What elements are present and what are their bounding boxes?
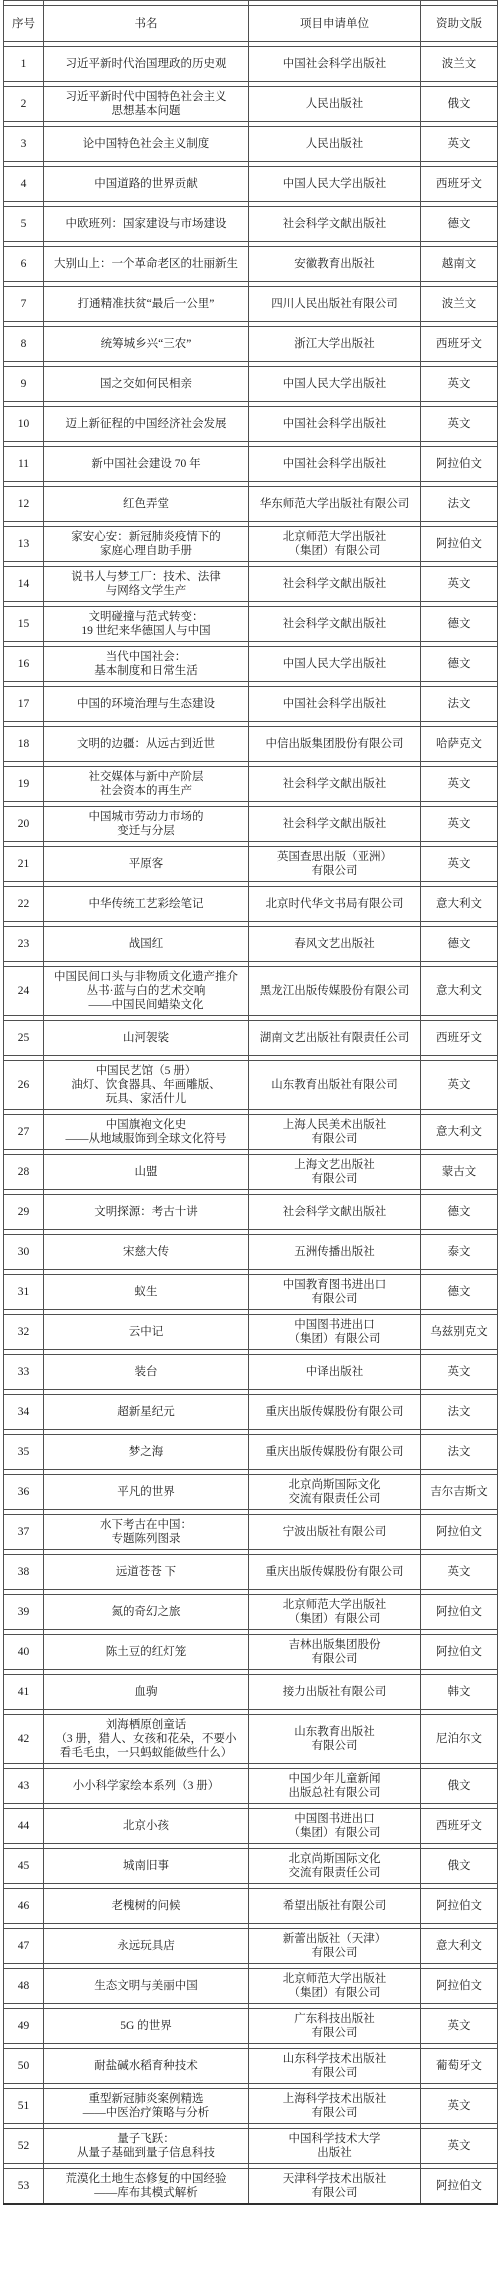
cell-book-title: 家安心安：新冠肺炎疫情下的 家庭心理自助手册 xyxy=(44,527,249,562)
cell-publisher: 社会科学文献出版社 xyxy=(249,1195,421,1230)
cell-publisher: 重庆出版传媒股份有限公司 xyxy=(249,1395,421,1430)
cell-book-title: 城南旧事 xyxy=(44,1849,249,1884)
cell-index: 18 xyxy=(4,727,44,762)
cell-language: 意大利文 xyxy=(421,1929,498,1964)
cell-publisher: 中国图书进出口 （集团）有限公司 xyxy=(249,1809,421,1844)
cell-index: 7 xyxy=(4,287,44,322)
cell-index: 32 xyxy=(4,1315,44,1350)
cell-language: 英文 xyxy=(421,1061,498,1110)
cell-book-title: 中国民艺馆（5 册） 油灯、饮食器具、年画雕版、 玩具、家活什儿 xyxy=(44,1061,249,1110)
cell-publisher: 中国人民大学出版社 xyxy=(249,367,421,402)
cell-language: 西班牙文 xyxy=(421,1809,498,1844)
table-row: 16当代中国社会： 基本制度和日常生活中国人民大学出版社德文 xyxy=(4,647,498,682)
table-row: 32云中记中国图书进出口 （集团）有限公司乌兹别克文 xyxy=(4,1315,498,1350)
table-row: 27中国旗袍文化史 ——从地域服饰到全球文化符号上海人民美术出版社 有限公司意大… xyxy=(4,1115,498,1150)
cell-language: 阿拉伯文 xyxy=(421,1515,498,1550)
table-row: 50耐盐碱水稻育种技术山东科学技术出版社 有限公司葡萄牙文 xyxy=(4,2049,498,2084)
cell-language: 波兰文 xyxy=(421,287,498,322)
cell-book-title: 中国旗袍文化史 ——从地域服饰到全球文化符号 xyxy=(44,1115,249,1150)
cell-book-title: 氮的奇幻之旅 xyxy=(44,1595,249,1630)
cell-language: 英文 xyxy=(421,1355,498,1390)
cell-index: 35 xyxy=(4,1435,44,1470)
cell-index: 52 xyxy=(4,2129,44,2164)
cell-index: 12 xyxy=(4,487,44,522)
cell-index: 25 xyxy=(4,1021,44,1056)
cell-book-title: 山盟 xyxy=(44,1155,249,1190)
cell-language: 阿拉伯文 xyxy=(421,2169,498,2205)
cell-publisher: 中国社会科学出版社 xyxy=(249,47,421,82)
cell-language: 英文 xyxy=(421,127,498,162)
cell-index: 26 xyxy=(4,1061,44,1110)
cell-index: 41 xyxy=(4,1675,44,1710)
table-row: 38远道苍苍 下重庆出版传媒股份有限公司英文 xyxy=(4,1555,498,1590)
cell-publisher: 中国社会科学出版社 xyxy=(249,447,421,482)
cell-language: 英文 xyxy=(421,847,498,882)
cell-publisher: 中信出版集团股份有限公司 xyxy=(249,727,421,762)
cell-index: 2 xyxy=(4,87,44,122)
cell-index: 53 xyxy=(4,2169,44,2205)
table-row: 52量子飞跃： 从量子基础到量子信息科技中国科学技术大学 出版社英文 xyxy=(4,2129,498,2164)
cell-index: 29 xyxy=(4,1195,44,1230)
cell-publisher: 中国图书进出口 （集团）有限公司 xyxy=(249,1315,421,1350)
cell-language: 西班牙文 xyxy=(421,167,498,202)
cell-index: 27 xyxy=(4,1115,44,1150)
cell-book-title: 装台 xyxy=(44,1355,249,1390)
cell-index: 47 xyxy=(4,1929,44,1964)
cell-language: 哈萨克文 xyxy=(421,727,498,762)
table-row: 17中国的环境治理与生态建设中国社会科学出版社法文 xyxy=(4,687,498,722)
cell-publisher: 人民出版社 xyxy=(249,87,421,122)
cell-book-title: 习近平新时代治国理政的历史观 xyxy=(44,47,249,82)
cell-index: 20 xyxy=(4,807,44,842)
cell-language: 德文 xyxy=(421,1195,498,1230)
table-row: 9国之交如何民相亲中国人民大学出版社英文 xyxy=(4,367,498,402)
cell-book-title: 刘海栖原创童话 （3 册，猎人、女孩和花朵，不要小 看毛毛虫，一只蚂蚁能做些什么… xyxy=(44,1715,249,1764)
cell-publisher: 五洲传播出版社 xyxy=(249,1235,421,1270)
table-row: 22中华传统工艺彩绘笔记北京时代华文书局有限公司意大利文 xyxy=(4,887,498,922)
cell-language: 意大利文 xyxy=(421,1115,498,1150)
table-row: 30宋慈大传五洲传播出版社泰文 xyxy=(4,1235,498,1270)
cell-index: 44 xyxy=(4,1809,44,1844)
cell-publisher: 山东科学技术出版社 有限公司 xyxy=(249,2049,421,2084)
cell-publisher: 天津科学技术出版社 有限公司 xyxy=(249,2169,421,2205)
cell-language: 泰文 xyxy=(421,1235,498,1270)
table-row: 21平原客英国查思出版（亚洲） 有限公司英文 xyxy=(4,847,498,882)
cell-book-title: 大别山上：一个革命老区的壮丽新生 xyxy=(44,247,249,282)
cell-book-title: 量子飞跃： 从量子基础到量子信息科技 xyxy=(44,2129,249,2164)
cell-index: 30 xyxy=(4,1235,44,1270)
cell-book-title: 梦之海 xyxy=(44,1435,249,1470)
cell-publisher: 接力出版社有限公司 xyxy=(249,1675,421,1710)
cell-publisher: 广东科技出版社 有限公司 xyxy=(249,2009,421,2044)
cell-publisher: 北京尚斯国际文化 交流有限责任公司 xyxy=(249,1849,421,1884)
cell-book-title: 5G 的世界 xyxy=(44,2009,249,2044)
cell-language: 法文 xyxy=(421,687,498,722)
cell-book-title: 说书人与梦工厂：技术、法律 与网络文学生产 xyxy=(44,567,249,602)
cell-book-title: 统筹城乡兴“三农” xyxy=(44,327,249,362)
cell-language: 波兰文 xyxy=(421,47,498,82)
cell-publisher: 湖南文艺出版社有限责任公司 xyxy=(249,1021,421,1056)
table-row: 15文明碰撞与范式转变： 19 世纪来华德国人与中国社会科学文献出版社德文 xyxy=(4,607,498,642)
cell-book-title: 平凡的世界 xyxy=(44,1475,249,1510)
cell-language: 阿拉伯文 xyxy=(421,1969,498,2004)
table-row: 11新中国社会建设 70 年中国社会科学出版社阿拉伯文 xyxy=(4,447,498,482)
cell-language: 越南文 xyxy=(421,247,498,282)
cell-publisher: 北京师范大学出版社 （集团）有限公司 xyxy=(249,1595,421,1630)
cell-index: 43 xyxy=(4,1769,44,1804)
table-row: 40陈土豆的红灯笼吉林出版集团股份 有限公司阿拉伯文 xyxy=(4,1635,498,1670)
cell-index: 10 xyxy=(4,407,44,442)
cell-book-title: 宋慈大传 xyxy=(44,1235,249,1270)
cell-language: 英文 xyxy=(421,767,498,802)
table-row: 44北京小孩中国图书进出口 （集团）有限公司西班牙文 xyxy=(4,1809,498,1844)
cell-publisher: 中国少年儿童新闻 出版总社有限公司 xyxy=(249,1769,421,1804)
cell-index: 36 xyxy=(4,1475,44,1510)
cell-language: 阿拉伯文 xyxy=(421,1595,498,1630)
cell-publisher: 中国人民大学出版社 xyxy=(249,167,421,202)
cell-book-title: 生态文明与美丽中国 xyxy=(44,1969,249,2004)
cell-publisher: 新蕾出版社（天津） 有限公司 xyxy=(249,1929,421,1964)
col-header-publisher: 项目申请单位 xyxy=(249,6,421,42)
cell-index: 50 xyxy=(4,2049,44,2084)
cell-language: 德文 xyxy=(421,927,498,962)
cell-language: 英文 xyxy=(421,807,498,842)
cell-publisher: 吉林出版集团股份 有限公司 xyxy=(249,1635,421,1670)
table-row: 14说书人与梦工厂：技术、法律 与网络文学生产社会科学文献出版社英文 xyxy=(4,567,498,602)
cell-publisher: 社会科学文献出版社 xyxy=(249,807,421,842)
cell-publisher: 重庆出版传媒股份有限公司 xyxy=(249,1435,421,1470)
table-header-row: 序号 书名 项目申请单位 资助文版 xyxy=(4,6,498,42)
cell-language: 法文 xyxy=(421,1435,498,1470)
table-row: 43小小科学家绘本系列（3 册）中国少年儿童新闻 出版总社有限公司俄文 xyxy=(4,1769,498,1804)
cell-index: 14 xyxy=(4,567,44,602)
cell-book-title: 打通精准扶贫“最后一公里” xyxy=(44,287,249,322)
table-row: 47永远玩具店新蕾出版社（天津） 有限公司意大利文 xyxy=(4,1929,498,1964)
table-row: 4中国道路的世界贡献中国人民大学出版社西班牙文 xyxy=(4,167,498,202)
cell-publisher: 北京师范大学出版社 （集团）有限公司 xyxy=(249,1969,421,2004)
cell-index: 31 xyxy=(4,1275,44,1310)
table-row: 25山河袈裟湖南文艺出版社有限责任公司西班牙文 xyxy=(4,1021,498,1056)
cell-publisher: 华东师范大学出版社有限公司 xyxy=(249,487,421,522)
cell-publisher: 希望出版社有限公司 xyxy=(249,1889,421,1924)
cell-index: 39 xyxy=(4,1595,44,1630)
cell-index: 23 xyxy=(4,927,44,962)
table-row: 46老槐树的问候希望出版社有限公司阿拉伯文 xyxy=(4,1889,498,1924)
cell-publisher: 中国人民大学出版社 xyxy=(249,647,421,682)
table-row: 20中国城市劳动力市场的 变迁与分层社会科学文献出版社英文 xyxy=(4,807,498,842)
cell-publisher: 中国社会科学出版社 xyxy=(249,407,421,442)
cell-index: 16 xyxy=(4,647,44,682)
cell-book-title: 永远玩具店 xyxy=(44,1929,249,1964)
col-header-language: 资助文版 xyxy=(421,6,498,42)
table-row: 45城南旧事北京尚斯国际文化 交流有限责任公司俄文 xyxy=(4,1849,498,1884)
table-row: 35梦之海重庆出版传媒股份有限公司法文 xyxy=(4,1435,498,1470)
cell-publisher: 北京时代华文书局有限公司 xyxy=(249,887,421,922)
cell-language: 英文 xyxy=(421,2009,498,2044)
table-row: 41血驹接力出版社有限公司韩文 xyxy=(4,1675,498,1710)
table-row: 33装台中译出版社英文 xyxy=(4,1355,498,1390)
table-row: 19社交媒体与新中产阶层 社会资本的再生产社会科学文献出版社英文 xyxy=(4,767,498,802)
cell-index: 6 xyxy=(4,247,44,282)
cell-index: 33 xyxy=(4,1355,44,1390)
cell-index: 11 xyxy=(4,447,44,482)
cell-publisher: 山东教育出版社 有限公司 xyxy=(249,1715,421,1764)
cell-book-title: 老槐树的问候 xyxy=(44,1889,249,1924)
cell-publisher: 中译出版社 xyxy=(249,1355,421,1390)
cell-index: 3 xyxy=(4,127,44,162)
cell-book-title: 迈上新征程的中国经济社会发展 xyxy=(44,407,249,442)
col-header-title: 书名 xyxy=(44,6,249,42)
cell-index: 48 xyxy=(4,1969,44,2004)
cell-language: 蒙古文 xyxy=(421,1155,498,1190)
cell-book-title: 当代中国社会： 基本制度和日常生活 xyxy=(44,647,249,682)
cell-publisher: 安徽教育出版社 xyxy=(249,247,421,282)
cell-book-title: 中欧班列：国家建设与市场建设 xyxy=(44,207,249,242)
cell-publisher: 宁波出版社有限公司 xyxy=(249,1515,421,1550)
cell-language: 法文 xyxy=(421,487,498,522)
cell-index: 28 xyxy=(4,1155,44,1190)
cell-language: 阿拉伯文 xyxy=(421,1889,498,1924)
cell-language: 西班牙文 xyxy=(421,327,498,362)
cell-publisher: 社会科学文献出版社 xyxy=(249,767,421,802)
cell-book-title: 重型新冠肺炎案例精选 ——中医治疗策略与分析 xyxy=(44,2089,249,2124)
cell-publisher: 中国社会科学出版社 xyxy=(249,687,421,722)
cell-index: 9 xyxy=(4,367,44,402)
cell-index: 4 xyxy=(4,167,44,202)
cell-publisher: 山东教育出版社有限公司 xyxy=(249,1061,421,1110)
cell-language: 德文 xyxy=(421,647,498,682)
cell-index: 49 xyxy=(4,2009,44,2044)
cell-language: 法文 xyxy=(421,1395,498,1430)
cell-publisher: 社会科学文献出版社 xyxy=(249,607,421,642)
cell-book-title: 中国城市劳动力市场的 变迁与分层 xyxy=(44,807,249,842)
cell-index: 34 xyxy=(4,1395,44,1430)
table-row: 6大别山上：一个革命老区的壮丽新生安徽教育出版社越南文 xyxy=(4,247,498,282)
books-table: 序号 书名 项目申请单位 资助文版 1习近平新时代治国理政的历史观中国社会科学出… xyxy=(3,0,498,2205)
cell-language: 英文 xyxy=(421,367,498,402)
cell-language: 英文 xyxy=(421,2089,498,2124)
cell-book-title: 文明碰撞与范式转变： 19 世纪来华德国人与中国 xyxy=(44,607,249,642)
cell-publisher: 春风文艺出版社 xyxy=(249,927,421,962)
table-row: 23战国红春风文艺出版社德文 xyxy=(4,927,498,962)
cell-book-title: 国之交如何民相亲 xyxy=(44,367,249,402)
table-row: 31蚁生中国教育图书进出口 有限公司德文 xyxy=(4,1275,498,1310)
cell-book-title: 耐盐碱水稻育种技术 xyxy=(44,2049,249,2084)
cell-book-title: 荒漠化土地生态修复的中国经验 ——库布其模式解析 xyxy=(44,2169,249,2205)
cell-language: 俄文 xyxy=(421,1769,498,1804)
cell-language: 尼泊尔文 xyxy=(421,1715,498,1764)
cell-index: 21 xyxy=(4,847,44,882)
cell-publisher: 四川人民出版社有限公司 xyxy=(249,287,421,322)
cell-book-title: 文明的边疆：从远古到近世 xyxy=(44,727,249,762)
cell-publisher: 上海人民美术出版社 有限公司 xyxy=(249,1115,421,1150)
table-row: 53荒漠化土地生态修复的中国经验 ——库布其模式解析天津科学技术出版社 有限公司… xyxy=(4,2169,498,2205)
cell-book-title: 血驹 xyxy=(44,1675,249,1710)
cell-language: 阿拉伯文 xyxy=(421,447,498,482)
cell-index: 13 xyxy=(4,527,44,562)
cell-publisher: 上海文艺出版社 有限公司 xyxy=(249,1155,421,1190)
table-row: 37水下考古在中国： 专题陈列图录宁波出版社有限公司阿拉伯文 xyxy=(4,1515,498,1550)
table-row: 8统筹城乡兴“三农”浙江大学出版社西班牙文 xyxy=(4,327,498,362)
table-row: 48生态文明与美丽中国北京师范大学出版社 （集团）有限公司阿拉伯文 xyxy=(4,1969,498,2004)
cell-language: 德文 xyxy=(421,1275,498,1310)
col-header-index: 序号 xyxy=(4,6,44,42)
cell-book-title: 论中国特色社会主义制度 xyxy=(44,127,249,162)
cell-index: 8 xyxy=(4,327,44,362)
cell-book-title: 社交媒体与新中产阶层 社会资本的再生产 xyxy=(44,767,249,802)
table-row: 13家安心安：新冠肺炎疫情下的 家庭心理自助手册北京师范大学出版社 （集团）有限… xyxy=(4,527,498,562)
cell-publisher: 中国教育图书进出口 有限公司 xyxy=(249,1275,421,1310)
cell-index: 24 xyxy=(4,967,44,1016)
cell-language: 意大利文 xyxy=(421,967,498,1016)
cell-book-title: 小小科学家绘本系列（3 册） xyxy=(44,1769,249,1804)
cell-language: 英文 xyxy=(421,567,498,602)
cell-language: 阿拉伯文 xyxy=(421,527,498,562)
table-row: 18文明的边疆：从远古到近世中信出版集团股份有限公司哈萨克文 xyxy=(4,727,498,762)
cell-book-title: 陈土豆的红灯笼 xyxy=(44,1635,249,1670)
cell-book-title: 北京小孩 xyxy=(44,1809,249,1844)
cell-book-title: 云中记 xyxy=(44,1315,249,1350)
cell-language: 吉尔吉斯文 xyxy=(421,1475,498,1510)
cell-publisher: 北京师范大学出版社 （集团）有限公司 xyxy=(249,527,421,562)
cell-publisher: 社会科学文献出版社 xyxy=(249,567,421,602)
cell-language: 英文 xyxy=(421,2129,498,2164)
cell-language: 英文 xyxy=(421,1555,498,1590)
cell-book-title: 平原客 xyxy=(44,847,249,882)
cell-language: 葡萄牙文 xyxy=(421,2049,498,2084)
cell-index: 51 xyxy=(4,2089,44,2124)
table-row: 2习近平新时代中国特色社会主义 思想基本问题人民出版社俄文 xyxy=(4,87,498,122)
cell-language: 意大利文 xyxy=(421,887,498,922)
table-row: 10迈上新征程的中国经济社会发展中国社会科学出版社英文 xyxy=(4,407,498,442)
cell-book-title: 文明探源：考古十讲 xyxy=(44,1195,249,1230)
table-row: 26中国民艺馆（5 册） 油灯、饮食器具、年画雕版、 玩具、家活什儿山东教育出版… xyxy=(4,1061,498,1110)
cell-publisher: 社会科学文献出版社 xyxy=(249,207,421,242)
cell-index: 45 xyxy=(4,1849,44,1884)
cell-book-title: 中国民间口头与非物质文化遗产推介 丛书·蓝与白的艺术交响 ——中国民间蜡染文化 xyxy=(44,967,249,1016)
cell-index: 19 xyxy=(4,767,44,802)
table-row: 42刘海栖原创童话 （3 册，猎人、女孩和花朵，不要小 看毛毛虫，一只蚂蚁能做些… xyxy=(4,1715,498,1764)
table-row: 7打通精准扶贫“最后一公里”四川人民出版社有限公司波兰文 xyxy=(4,287,498,322)
cell-publisher: 重庆出版传媒股份有限公司 xyxy=(249,1555,421,1590)
table-row: 39氮的奇幻之旅北京师范大学出版社 （集团）有限公司阿拉伯文 xyxy=(4,1595,498,1630)
cell-book-title: 战国红 xyxy=(44,927,249,962)
cell-book-title: 远道苍苍 下 xyxy=(44,1555,249,1590)
cell-publisher: 英国查思出版（亚洲） 有限公司 xyxy=(249,847,421,882)
table-row: 1习近平新时代治国理政的历史观中国社会科学出版社波兰文 xyxy=(4,47,498,82)
table-row: 24中国民间口头与非物质文化遗产推介 丛书·蓝与白的艺术交响 ——中国民间蜡染文… xyxy=(4,967,498,1016)
cell-publisher: 浙江大学出版社 xyxy=(249,327,421,362)
cell-book-title: 中国道路的世界贡献 xyxy=(44,167,249,202)
cell-language: 俄文 xyxy=(421,1849,498,1884)
cell-book-title: 中华传统工艺彩绘笔记 xyxy=(44,887,249,922)
cell-book-title: 蚁生 xyxy=(44,1275,249,1310)
table-row: 34超新星纪元重庆出版传媒股份有限公司法文 xyxy=(4,1395,498,1430)
cell-language: 俄文 xyxy=(421,87,498,122)
cell-publisher: 上海科学技术出版社 有限公司 xyxy=(249,2089,421,2124)
cell-index: 22 xyxy=(4,887,44,922)
table-row: 51重型新冠肺炎案例精选 ——中医治疗策略与分析上海科学技术出版社 有限公司英文 xyxy=(4,2089,498,2124)
cell-language: 阿拉伯文 xyxy=(421,1635,498,1670)
table-row: 29文明探源：考古十讲社会科学文献出版社德文 xyxy=(4,1195,498,1230)
cell-index: 38 xyxy=(4,1555,44,1590)
cell-index: 15 xyxy=(4,607,44,642)
table-row: 495G 的世界广东科技出版社 有限公司英文 xyxy=(4,2009,498,2044)
cell-book-title: 中国的环境治理与生态建设 xyxy=(44,687,249,722)
cell-index: 5 xyxy=(4,207,44,242)
cell-language: 韩文 xyxy=(421,1675,498,1710)
cell-language: 英文 xyxy=(421,407,498,442)
table-row: 3论中国特色社会主义制度人民出版社英文 xyxy=(4,127,498,162)
cell-language: 西班牙文 xyxy=(421,1021,498,1056)
cell-book-title: 新中国社会建设 70 年 xyxy=(44,447,249,482)
cell-index: 46 xyxy=(4,1889,44,1924)
table-row: 36平凡的世界北京尚斯国际文化 交流有限责任公司吉尔吉斯文 xyxy=(4,1475,498,1510)
cell-publisher: 人民出版社 xyxy=(249,127,421,162)
cell-publisher: 中国科学技术大学 出版社 xyxy=(249,2129,421,2164)
cell-book-title: 山河袈裟 xyxy=(44,1021,249,1056)
cell-index: 1 xyxy=(4,47,44,82)
cell-index: 42 xyxy=(4,1715,44,1764)
cell-book-title: 水下考古在中国： 专题陈列图录 xyxy=(44,1515,249,1550)
cell-language: 德文 xyxy=(421,207,498,242)
cell-publisher: 黑龙江出版传媒股份有限公司 xyxy=(249,967,421,1016)
cell-language: 德文 xyxy=(421,607,498,642)
cell-index: 40 xyxy=(4,1635,44,1670)
cell-book-title: 超新星纪元 xyxy=(44,1395,249,1430)
table-row: 12红色弄堂华东师范大学出版社有限公司法文 xyxy=(4,487,498,522)
cell-index: 17 xyxy=(4,687,44,722)
cell-language: 乌兹别克文 xyxy=(421,1315,498,1350)
table-row: 5中欧班列：国家建设与市场建设社会科学文献出版社德文 xyxy=(4,207,498,242)
cell-book-title: 习近平新时代中国特色社会主义 思想基本问题 xyxy=(44,87,249,122)
cell-book-title: 红色弄堂 xyxy=(44,487,249,522)
table-row: 28山盟上海文艺出版社 有限公司蒙古文 xyxy=(4,1155,498,1190)
cell-publisher: 北京尚斯国际文化 交流有限责任公司 xyxy=(249,1475,421,1510)
cell-index: 37 xyxy=(4,1515,44,1550)
